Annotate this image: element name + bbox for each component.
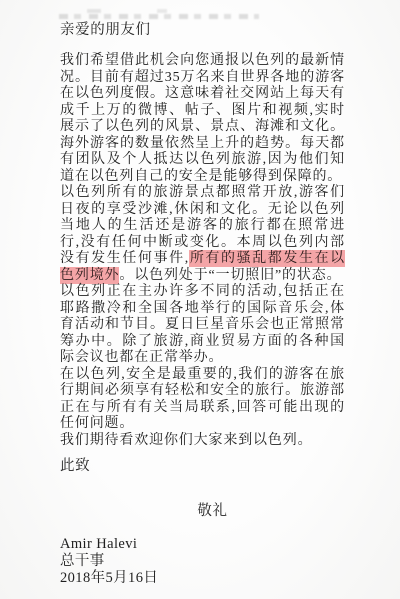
paragraph-2: 以色列所有的旅游景点都照常开放,游客们日夜的享受沙滩,休闲和文化。无论以色列当地… [60, 185, 345, 284]
letter-page: 亲爱的朋友们 我们希望借此机会向您通报以色列的最新情况。目前有超过35万名来自世… [0, 0, 400, 599]
paragraph-1: 我们希望借此机会向您通报以色列的最新情况。目前有超过35万名来自世界各地的游客在… [60, 53, 345, 185]
signature-date: 2018年5月16日 [60, 570, 345, 587]
paragraph-3: 以色列正在主办许多不同的活动,包括正在耶路撒冷和全国各地举行的国际音乐会,体育活… [60, 284, 345, 367]
letter-paragraphs: 我们希望借此机会向您通报以色列的最新情况。目前有超过35万名来自世界各地的游客在… [60, 53, 345, 449]
signature-name: Amir Halevi [60, 536, 345, 553]
signature-block: Amir Halevi 总干事 2018年5月16日 [60, 536, 345, 587]
paragraph-2-text-after: 。以色列处于“一切照旧”的状态。 [119, 268, 341, 283]
closing-jingli: 敬礼 [60, 503, 345, 520]
paragraph-5: 我们期待看欢迎你们大家来到以色列。 [60, 433, 345, 450]
closing-cizhi: 此致 [60, 458, 345, 475]
salutation: 亲爱的朋友们 [60, 22, 345, 39]
letter-body: 亲爱的朋友们 我们希望借此机会向您通报以色列的最新情况。目前有超过35万名来自世… [60, 0, 345, 587]
paragraph-4: 在以色列,安全是最重要的,我们的游客在旅行期间必须享有轻松和安全的旅行。旅游部正… [60, 367, 345, 433]
signature-title: 总干事 [60, 553, 345, 570]
